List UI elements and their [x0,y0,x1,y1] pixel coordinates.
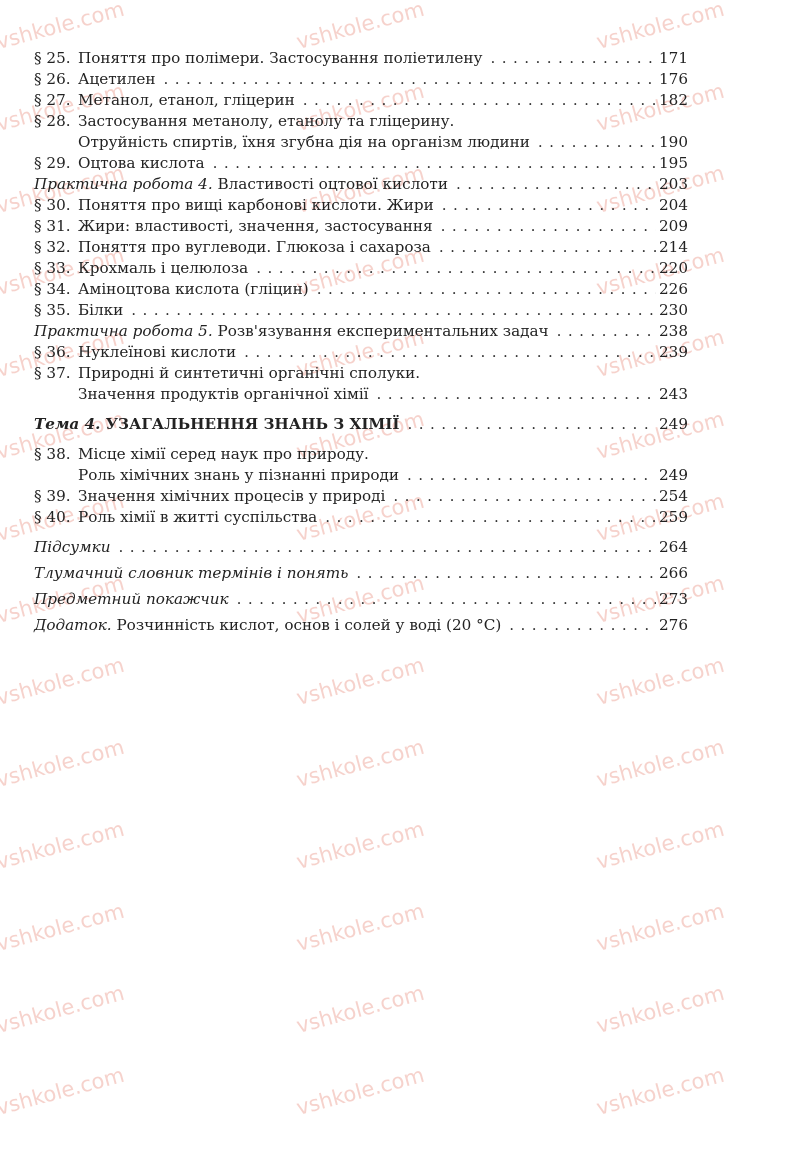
toc-entry[interactable]: Підсумки264 [34,537,688,558]
watermark-text: vshkole.com [294,653,427,710]
dot-leader [557,321,656,342]
dot-leader [164,69,656,90]
page-number: 243 [659,384,688,405]
section-title: Крохмаль і целюлоза [78,258,248,279]
page-number: 182 [659,90,688,111]
dot-leader [439,237,656,258]
page-number: 209 [659,216,688,237]
watermark-text: vshkole.com [594,817,727,874]
section-number: § 31. [34,216,78,237]
toc-entry[interactable]: § 37.Природні й синтетичні органічні спо… [34,363,688,384]
watermark-text: vshkole.com [594,0,727,54]
page-number: 259 [659,507,688,528]
section-title: Природні й синтетичні органічні сполуки. [78,363,420,384]
toc-entry[interactable]: § 29.Оцтова кислота195 [34,153,688,174]
entry-text: Розв'язування експериментальних задач [213,322,549,340]
section-number: § 37. [34,363,78,384]
toc-entry[interactable]: § 26.Ацетилен176 [34,69,688,90]
dot-leader [393,486,656,507]
entry-title: Підсумки [34,537,111,558]
watermark-text: vshkole.com [0,981,127,1038]
watermark-text: vshkole.com [594,899,727,956]
watermark-text: vshkole.com [594,653,727,710]
watermark-text: vshkole.com [0,899,127,956]
section-number: § 29. [34,153,78,174]
entry-label: Тема 4. [34,415,100,433]
dot-leader [244,342,656,363]
dot-leader [442,195,656,216]
toc-entry[interactable]: Значення продуктів органічної хімії243 [34,384,688,405]
page-number: 214 [659,237,688,258]
watermark-text: vshkole.com [594,981,727,1038]
section-title: Поняття про вуглеводи. Глюкоза і сахароз… [78,237,431,258]
page-number: 195 [659,153,688,174]
toc-entry[interactable]: Отруйність спиртів, їхня згубна дія на о… [34,132,688,153]
watermark-text: vshkole.com [594,1063,727,1120]
watermark-text: vshkole.com [294,817,427,874]
dot-leader [119,537,657,558]
toc-entry[interactable]: § 35.Білки230 [34,300,688,321]
section-title: Жири: властивості, значення, застосуванн… [78,216,433,237]
dot-leader [538,132,656,153]
section-title: Поняття про вищі карбонові кислоти. Жири [78,195,434,216]
page-number: 254 [659,486,688,507]
section-title: Аміноцтова кислота (гліцин) [78,279,309,300]
section-title: Значення продуктів органічної хімії [78,384,369,405]
toc-entry[interactable]: § 32.Поняття про вуглеводи. Глюкоза і са… [34,237,688,258]
section-number: § 28. [34,111,78,132]
entry-title: Предметний покажчик [34,589,229,610]
page-number: 249 [659,465,688,486]
dot-leader [377,384,656,405]
toc-entry[interactable]: § 39.Значення хімічних процесів у природ… [34,486,688,507]
section-number: § 30. [34,195,78,216]
section-title: Роль хімії в житті суспільства [78,507,317,528]
dot-leader [456,174,656,195]
section-title: Застосування метанолу, етанолу та гліцер… [78,111,454,132]
toc-entry[interactable]: § 40.Роль хімії в житті суспільства259 [34,507,688,528]
page-number: 230 [659,300,688,321]
dot-leader [356,563,656,584]
entry-label: Тлумачний словник термінів і понять [34,564,348,582]
dot-leader [441,216,656,237]
dot-leader [237,589,656,610]
toc-entry[interactable]: Практична робота 5. Розв'язування експер… [34,321,688,342]
section-number: § 32. [34,237,78,258]
toc-entry[interactable]: Предметний покажчик273 [34,589,688,610]
topic-heading[interactable]: Тема 4. УЗАГАЛЬНЕННЯ ЗНАНЬ З ХІМІЇ249 [34,414,688,435]
section-number: § 40. [34,507,78,528]
section-number: § 26. [34,69,78,90]
section-number: § 35. [34,300,78,321]
watermark-text: vshkole.com [0,653,127,710]
entry-label: Підсумки [34,538,111,556]
entry-label: Практична робота 4. [34,175,213,193]
page-number: 276 [659,615,688,636]
page-number: 266 [659,563,688,584]
page-number: 220 [659,258,688,279]
toc-entry[interactable]: § 30.Поняття про вищі карбонові кислоти.… [34,195,688,216]
watermark-text: vshkole.com [294,899,427,956]
dot-leader [213,153,656,174]
page-number: 171 [659,48,688,69]
section-title: Метанол, етанол, гліцерин [78,90,295,111]
toc-entry[interactable]: § 31.Жири: властивості, значення, застос… [34,216,688,237]
dot-leader [490,48,656,69]
dot-leader [256,258,656,279]
section-title: Роль хімічних знань у пізнанні природи [78,465,399,486]
watermark-text: vshkole.com [594,735,727,792]
toc-entry[interactable]: Практична робота 4. Властивості оцтової … [34,174,688,195]
watermark-text: vshkole.com [294,735,427,792]
page-number: 226 [659,279,688,300]
section-number: § 39. [34,486,78,507]
toc-entry[interactable]: § 25.Поняття про полімери. Застосування … [34,48,688,69]
watermark-text: vshkole.com [294,0,427,54]
page-number: 239 [659,342,688,363]
toc-entry[interactable]: § 36.Нуклеїнові кислоти239 [34,342,688,363]
entry-title: Практична робота 4. Властивості оцтової … [34,174,448,195]
dot-leader [303,90,656,111]
section-number: § 34. [34,279,78,300]
entry-title: Практична робота 5. Розв'язування експер… [34,321,549,342]
toc-entry[interactable]: § 27.Метанол, етанол, гліцерин182 [34,90,688,111]
watermark-text: vshkole.com [294,1063,427,1120]
page-number: 238 [659,321,688,342]
page-number: 204 [659,195,688,216]
section-title: Значення хімічних процесів у природі [78,486,385,507]
watermark-text: vshkole.com [0,0,127,54]
page-number: 273 [659,589,688,610]
dot-leader [325,507,656,528]
entry-label: Практична робота 5. [34,322,213,340]
dot-leader [407,465,656,486]
toc-entry[interactable]: § 34.Аміноцтова кислота (гліцин)226 [34,279,688,300]
section-number: § 36. [34,342,78,363]
toc-entry[interactable]: Тлумачний словник термінів і понять266 [34,563,688,584]
toc-entry[interactable]: § 28.Застосування метанолу, етанолу та г… [34,111,688,132]
toc-entry[interactable]: Додаток. Розчинність кислот, основ і сол… [34,615,688,636]
entry-text: Розчинність кислот, основ і солей у воді… [112,616,502,634]
entry-label: Додаток. [34,616,112,634]
section-title: Нуклеїнові кислоти [78,342,236,363]
toc-entry[interactable]: § 33.Крохмаль і целюлоза220 [34,258,688,279]
entry-title: Тлумачний словник термінів і понять [34,563,348,584]
dot-leader [317,279,656,300]
watermark-text: vshkole.com [0,1063,127,1120]
dot-leader [407,414,656,435]
toc-entry[interactable]: Роль хімічних знань у пізнанні природи24… [34,465,688,486]
watermark-text: vshkole.com [0,735,127,792]
section-title: Оцтова кислота [78,153,205,174]
page-number: 249 [659,414,688,435]
watermark-text: vshkole.com [294,981,427,1038]
dot-leader [509,615,656,636]
page-number: 190 [659,132,688,153]
section-number: § 38. [34,444,78,465]
entry-text: Властивості оцтової кислоти [213,175,448,193]
watermark-text: vshkole.com [0,817,127,874]
entry-title: Тема 4. УЗАГАЛЬНЕННЯ ЗНАНЬ З ХІМІЇ [34,414,399,435]
section-title: Білки [78,300,123,321]
section-title: Отруйність спиртів, їхня згубна дія на о… [78,132,530,153]
section-number: § 33. [34,258,78,279]
toc-entry[interactable]: § 38.Місце хімії серед наук про природу. [34,444,688,465]
section-number: § 27. [34,90,78,111]
table-of-contents: § 25.Поняття про полімери. Застосування … [34,48,688,636]
section-title: Ацетилен [78,69,156,90]
entry-title: Додаток. Розчинність кислот, основ і сол… [34,615,501,636]
entry-label: Предметний покажчик [34,590,229,608]
section-title: Поняття про полімери. Застосування поліе… [78,48,482,69]
dot-leader [131,300,656,321]
page-number: 264 [659,537,688,558]
page-number: 176 [659,69,688,90]
page-number: 203 [659,174,688,195]
section-title: Місце хімії серед наук про природу. [78,444,369,465]
section-number: § 25. [34,48,78,69]
entry-text: УЗАГАЛЬНЕННЯ ЗНАНЬ З ХІМІЇ [100,415,399,433]
